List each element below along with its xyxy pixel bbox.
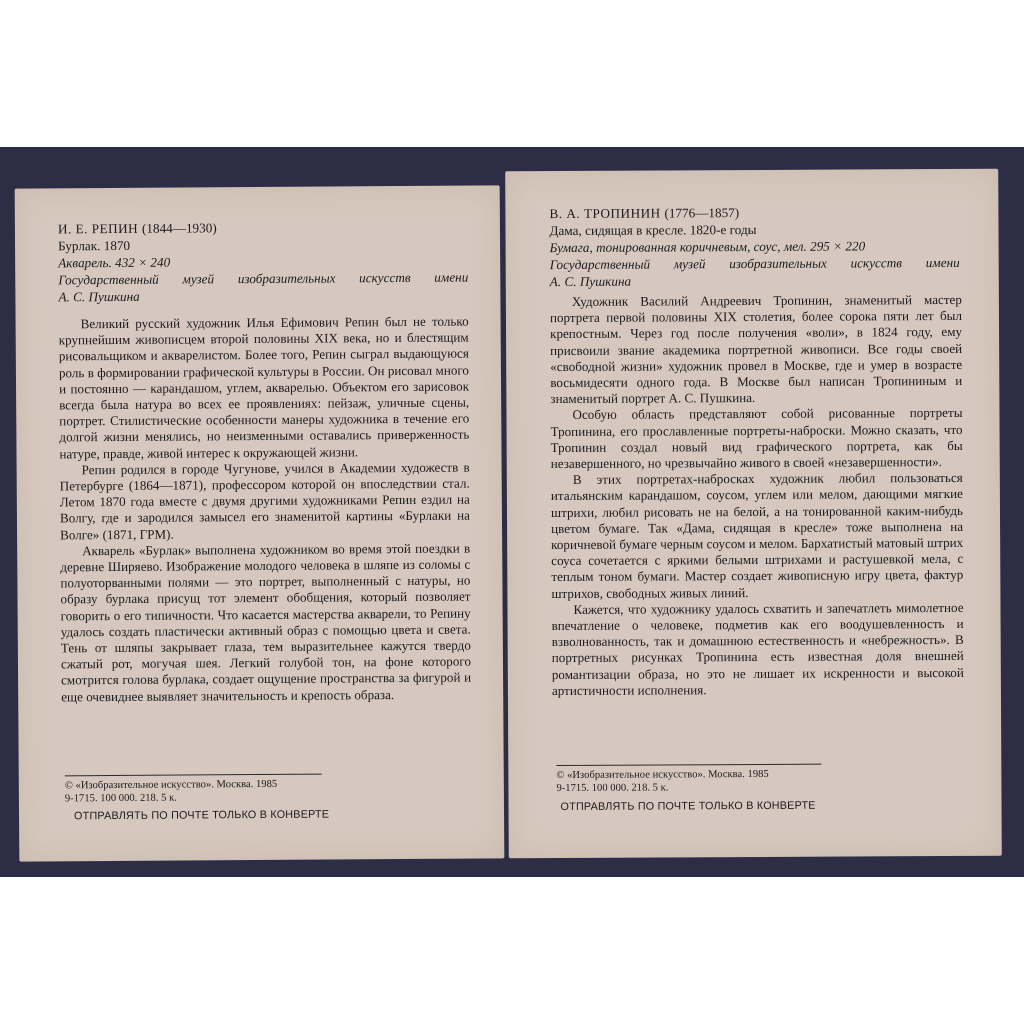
museum-line-2: А. С. Пушкина [550, 271, 960, 290]
card-header: И. Е. РЕПИН (1844—1930) Бурлак. 1870 Акв… [58, 218, 469, 306]
artist-dates: (1776—1857) [664, 205, 739, 220]
print-run-line: 9-1715. 100 000. 218. 5 к. [556, 781, 768, 795]
paragraph: Акварель «Бурлак» выполнена художником в… [60, 540, 471, 705]
paragraph: Кажется, что художнику удалось схватить … [551, 600, 964, 699]
artwork-medium: Бумага, тонированная коричневым, соус, м… [550, 237, 960, 256]
card-description: Великий русский художник Илья Ефимович Р… [59, 314, 472, 706]
mail-note: ОТПРАВЛЯТЬ ПО ПОЧТЕ ТОЛЬКО В КОНВЕРТЕ [74, 809, 329, 823]
paragraph: Художник Василий Андреевич Тропинин, зна… [550, 292, 963, 408]
paragraph: Великий русский художник Илья Ефимович Р… [59, 314, 470, 463]
museum-line-2: А. С. Пушкина [58, 286, 468, 306]
divider [556, 764, 821, 766]
museum-line-1: Государственный музей изобразительных ис… [550, 254, 960, 273]
postcard-back-repin: И. Е. РЕПИН (1844—1930) Бурлак. 1870 Акв… [15, 185, 505, 861]
divider [65, 774, 322, 777]
imprint: © «Изобразительное искусство». Москва. 1… [556, 768, 768, 795]
imprint: © «Изобразительное искусство». Москва. 1… [65, 778, 278, 805]
paragraph: Особую область представляют собой рисова… [550, 405, 962, 472]
artist-name: В. А. ТРОПИНИН [549, 205, 660, 221]
paragraph: В этих портретах-набросках художник люби… [551, 470, 964, 602]
card-header: В. А. ТРОПИНИН (1776—1857) Дама, сидящая… [549, 203, 959, 290]
artist-name: И. Е. РЕПИН [58, 221, 138, 237]
paragraph: Репин родился в городе Чугунове, учился … [60, 459, 471, 543]
card-description: Художник Василий Андреевич Тропинин, зна… [550, 292, 964, 699]
copyright-line: © «Изобразительное искусство». Москва. 1… [65, 778, 277, 792]
postcard-back-tropinin: В. А. ТРОПИНИН (1776—1857) Дама, сидящая… [505, 169, 1002, 859]
print-run-line: 9-1715. 100 000. 218. 5 к. [65, 791, 277, 805]
artist-dates: (1844—1930) [142, 220, 217, 236]
artist-line: В. А. ТРОПИНИН (1776—1857) [549, 203, 959, 222]
artwork-title: Дама, сидящая в кресле. 1820-е годы [549, 220, 959, 239]
museum-line-1: Государственный музей изобразительных ис… [58, 269, 468, 289]
mail-note: ОТПРАВЛЯТЬ ПО ПОЧТЕ ТОЛЬКО В КОНВЕРТЕ [561, 800, 816, 813]
copyright-line: © «Изобразительное искусство». Москва. 1… [556, 768, 768, 782]
